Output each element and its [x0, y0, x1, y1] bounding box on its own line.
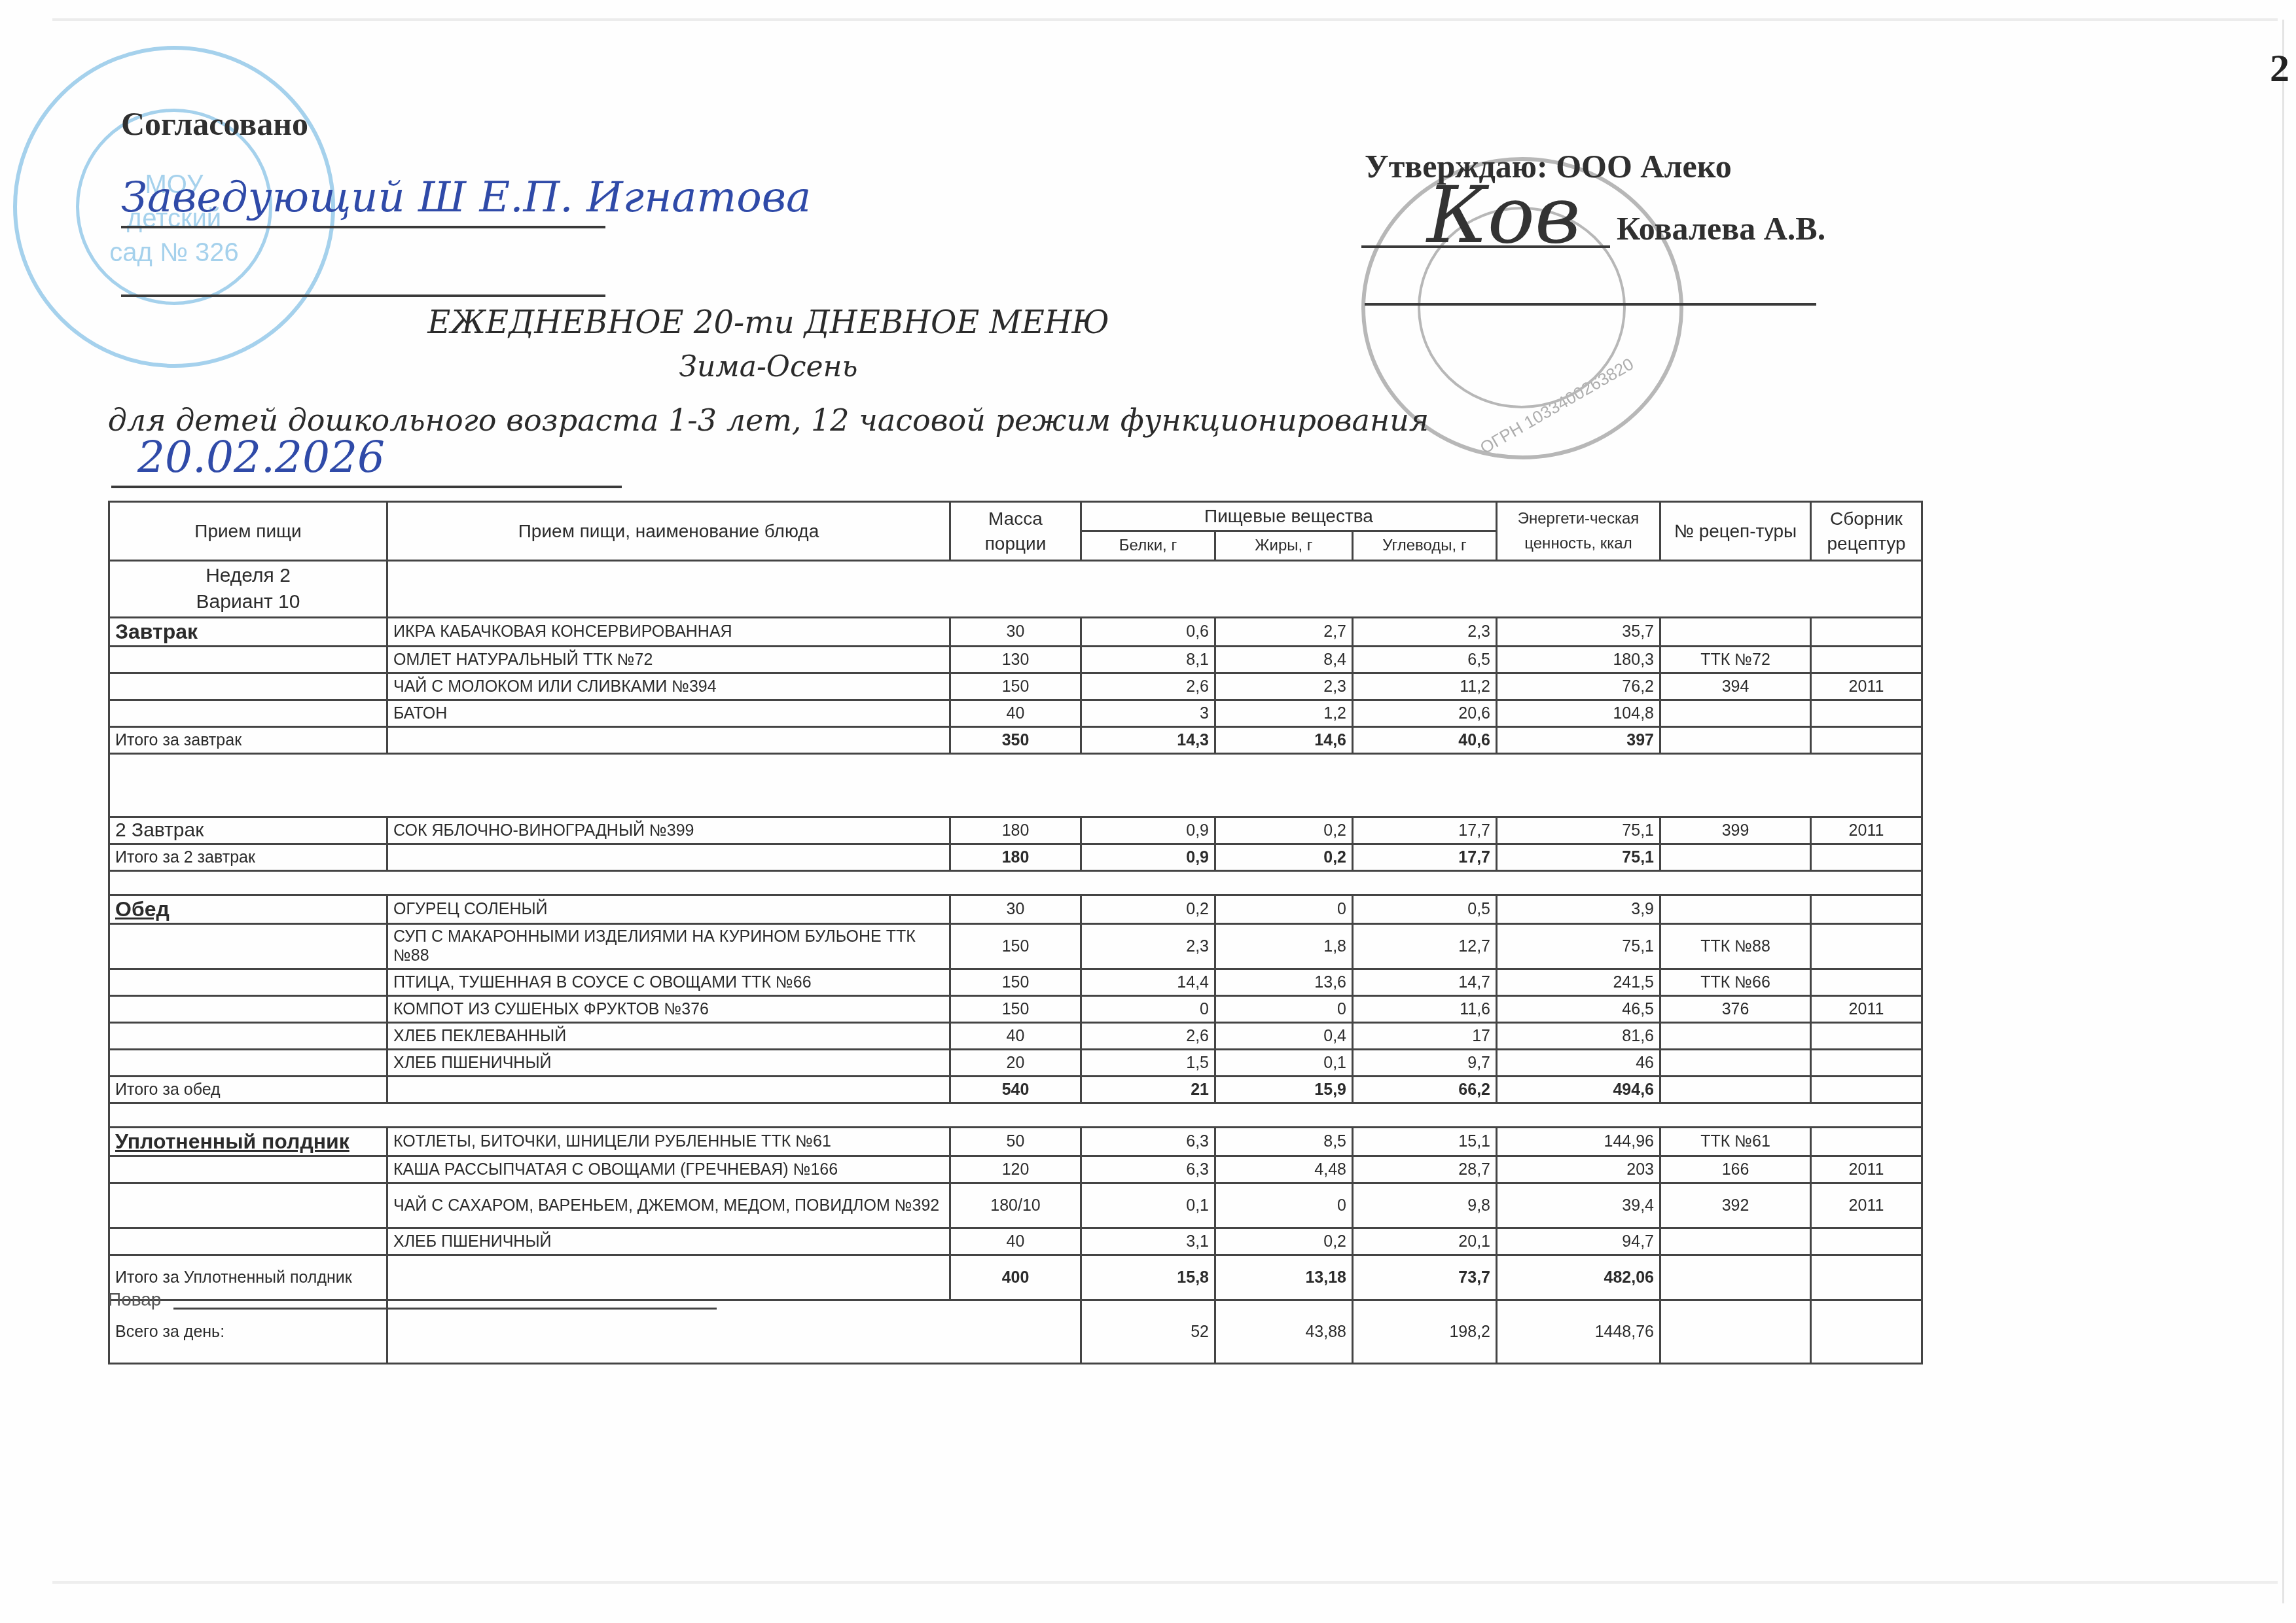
- dish-carbs: 20,6: [1353, 700, 1497, 727]
- meal-cell-empty: [109, 673, 387, 700]
- dish-mass: 180: [950, 817, 1081, 844]
- dish-protein: 8,1: [1081, 647, 1215, 673]
- spacer-row: [109, 1103, 1922, 1128]
- dish-recipe: 166: [1660, 1156, 1811, 1183]
- dish-fat: 0: [1215, 996, 1353, 1023]
- dish-energy: 104,8: [1497, 700, 1660, 727]
- header-meal: Прием пищи: [109, 502, 387, 561]
- dish-protein: 6,3: [1081, 1156, 1215, 1183]
- section-total-recipe-empty: [1660, 1255, 1811, 1300]
- day-total-row: Всего за день:5243,88198,21448,76: [109, 1300, 1922, 1364]
- day-total-carbs: 198,2: [1353, 1300, 1497, 1364]
- dish-energy: 3,9: [1497, 895, 1660, 924]
- section-total-collection-empty: [1811, 727, 1922, 754]
- scan-edge-bottom: [52, 1581, 2278, 1584]
- date-line: [111, 486, 622, 488]
- dish-recipe: ТТК №88: [1660, 924, 1811, 969]
- dish-collection: 2011: [1811, 1156, 1922, 1183]
- dish-carbs: 0,5: [1353, 895, 1497, 924]
- week-label: Неделя 2: [115, 563, 381, 589]
- dish-collection: 2011: [1811, 1183, 1922, 1228]
- dish-energy: 241,5: [1497, 969, 1660, 996]
- dish-recipe: [1660, 1023, 1811, 1050]
- dish-collection: [1811, 1023, 1922, 1050]
- section-total-label: Итого за обед: [109, 1077, 387, 1103]
- dish-energy: 75,1: [1497, 817, 1660, 844]
- section-total-protein: 0,9: [1081, 844, 1215, 871]
- dish-protein: 3: [1081, 700, 1215, 727]
- dish-energy: 94,7: [1497, 1228, 1660, 1255]
- dish-name: ЧАЙ С МОЛОКОМ ИЛИ СЛИВКАМИ №394: [387, 673, 950, 700]
- approve-name: Ковалева А.В.: [1617, 209, 1825, 247]
- dish-fat: 1,2: [1215, 700, 1353, 727]
- dish-protein: 3,1: [1081, 1228, 1215, 1255]
- dish-carbs: 28,7: [1353, 1156, 1497, 1183]
- header-recipe: № рецеп-туры: [1660, 502, 1811, 561]
- section-total-energy: 75,1: [1497, 844, 1660, 871]
- variant-label: Вариант 10: [115, 589, 381, 615]
- dish-fat: 8,5: [1215, 1128, 1353, 1156]
- dish-carbs: 11,2: [1353, 673, 1497, 700]
- menu-table: Прием пищи Прием пищи, наименование блюд…: [108, 501, 1923, 1364]
- dish-fat: 0: [1215, 895, 1353, 924]
- dish-name: ОГУРЕЦ СОЛЕНЫЙ: [387, 895, 950, 924]
- dish-name: КАША РАССЫПЧАТАЯ С ОВОЩАМИ (ГРЕЧНЕВАЯ) №…: [387, 1156, 950, 1183]
- dish-carbs: 15,1: [1353, 1128, 1497, 1156]
- dish-carbs: 9,7: [1353, 1050, 1497, 1077]
- dish-name: КОТЛЕТЫ, БИТОЧКИ, ШНИЦЕЛИ РУБЛЕННЫЕ ТТК …: [387, 1128, 950, 1156]
- dish-recipe: [1660, 1228, 1811, 1255]
- dish-collection: [1811, 1228, 1922, 1255]
- dish-collection: [1811, 924, 1922, 969]
- dish-row: СУП С МАКАРОННЫМИ ИЗДЕЛИЯМИ НА КУРИНОМ Б…: [109, 924, 1922, 969]
- section-total-carbs: 73,7: [1353, 1255, 1497, 1300]
- meal-cell-empty: [109, 1183, 387, 1228]
- scan-edge-top: [52, 18, 2278, 21]
- dish-collection: 2011: [1811, 817, 1922, 844]
- section-total-label: Итого за 2 завтрак: [109, 844, 387, 871]
- section-total-mass: 400: [950, 1255, 1081, 1300]
- spacer-row: [109, 754, 1922, 817]
- section-total-carbs: 17,7: [1353, 844, 1497, 871]
- dish-name: ПТИЦА, ТУШЕННАЯ В СОУСЕ С ОВОЩАМИ ТТК №6…: [387, 969, 950, 996]
- dish-protein: 2,6: [1081, 1023, 1215, 1050]
- dish-recipe: [1660, 700, 1811, 727]
- meal-cell-empty: [109, 1023, 387, 1050]
- section-total-carbs: 40,6: [1353, 727, 1497, 754]
- dish-recipe: ТТК №72: [1660, 647, 1811, 673]
- dish-mass: 130: [950, 647, 1081, 673]
- header-collection: Сборник рецептур: [1811, 502, 1922, 561]
- dish-row: 2 ЗавтракСОК ЯБЛОЧНО-ВИНОГРАДНЫЙ №399180…: [109, 817, 1922, 844]
- dish-carbs: 17,7: [1353, 817, 1497, 844]
- dish-row: ОбедОГУРЕЦ СОЛЕНЫЙ300,200,53,9: [109, 895, 1922, 924]
- section-total-row: Итого за 2 завтрак1800,90,217,775,1: [109, 844, 1922, 871]
- header-mass: Масса порции: [950, 502, 1081, 561]
- week-variant-row: Неделя 2 Вариант 10: [109, 561, 1922, 618]
- dish-mass: 40: [950, 1228, 1081, 1255]
- dish-carbs: 2,3: [1353, 618, 1497, 647]
- dish-row: ОМЛЕТ НАТУРАЛЬНЫЙ ТТК №721308,18,46,5180…: [109, 647, 1922, 673]
- dish-row: ПТИЦА, ТУШЕННАЯ В СОУСЕ С ОВОЩАМИ ТТК №6…: [109, 969, 1922, 996]
- dish-recipe: 399: [1660, 817, 1811, 844]
- dish-recipe: [1660, 895, 1811, 924]
- dish-carbs: 9,8: [1353, 1183, 1497, 1228]
- section-total-row: Итого за Уплотненный полдник40015,813,18…: [109, 1255, 1922, 1300]
- dish-fat: 0,4: [1215, 1023, 1353, 1050]
- dish-row: Уплотненный полдникКОТЛЕТЫ, БИТОЧКИ, ШНИ…: [109, 1128, 1922, 1156]
- meal-cell-empty: [109, 924, 387, 969]
- dish-collection: 2011: [1811, 673, 1922, 700]
- dish-mass: 120: [950, 1156, 1081, 1183]
- dish-fat: 4,48: [1215, 1156, 1353, 1183]
- header-dish: Прием пищи, наименование блюда: [387, 502, 950, 561]
- section-total-collection-empty: [1811, 1255, 1922, 1300]
- dish-recipe: ТТК №66: [1660, 969, 1811, 996]
- dish-row: КАША РАССЫПЧАТАЯ С ОВОЩАМИ (ГРЕЧНЕВАЯ) №…: [109, 1156, 1922, 1183]
- meal-cell-empty: [109, 647, 387, 673]
- section-total-energy: 397: [1497, 727, 1660, 754]
- dish-row: БАТОН4031,220,6104,8: [109, 700, 1922, 727]
- dish-collection: [1811, 700, 1922, 727]
- spacer-cell: [109, 871, 1922, 895]
- dish-energy: 75,1: [1497, 924, 1660, 969]
- section-total-spacer: [387, 1255, 950, 1300]
- dish-carbs: 20,1: [1353, 1228, 1497, 1255]
- corner-mark: 2: [2270, 46, 2289, 91]
- section-total-spacer: [387, 844, 950, 871]
- dish-recipe: 392: [1660, 1183, 1811, 1228]
- section-total-row: Итого за обед5402115,966,2494,6: [109, 1077, 1922, 1103]
- section-total-fat: 13,18: [1215, 1255, 1353, 1300]
- dish-energy: 46: [1497, 1050, 1660, 1077]
- dish-energy: 35,7: [1497, 618, 1660, 647]
- dish-fat: 13,6: [1215, 969, 1353, 996]
- dish-protein: 0,9: [1081, 817, 1215, 844]
- dish-collection: [1811, 895, 1922, 924]
- spacer-row: [109, 871, 1922, 895]
- dish-protein: 6,3: [1081, 1128, 1215, 1156]
- dish-energy: 203: [1497, 1156, 1660, 1183]
- agreed-signature: Заведующий Ш Е.П. Игнатова: [121, 173, 811, 222]
- dish-carbs: 6,5: [1353, 647, 1497, 673]
- dish-fat: 0,2: [1215, 1228, 1353, 1255]
- section-total-fat: 14,6: [1215, 727, 1353, 754]
- meal-cell-empty: [109, 700, 387, 727]
- agreed-blank-line: [121, 294, 605, 297]
- week-variant-cell: Неделя 2 Вариант 10: [109, 561, 387, 618]
- meal-name: Обед: [109, 895, 387, 924]
- dish-protein: 0,1: [1081, 1183, 1215, 1228]
- meal-name: Уплотненный полдник: [109, 1128, 387, 1156]
- dish-name: ОМЛЕТ НАТУРАЛЬНЫЙ ТТК №72: [387, 647, 950, 673]
- dish-fat: 2,3: [1215, 673, 1353, 700]
- section-total-protein: 21: [1081, 1077, 1215, 1103]
- dish-fat: 8,4: [1215, 647, 1353, 673]
- dish-recipe: ТТК №61: [1660, 1128, 1811, 1156]
- document-title: ЕЖЕДНЕВНОЕ 20-ти ДНЕВНОЕ МЕНЮ: [0, 304, 1916, 341]
- dish-energy: 46,5: [1497, 996, 1660, 1023]
- section-total-spacer: [387, 1077, 950, 1103]
- dish-recipe: [1660, 618, 1811, 647]
- meal-name: 2 Завтрак: [109, 817, 387, 844]
- meal-cell-empty: [109, 969, 387, 996]
- meal-cell-empty: [109, 1050, 387, 1077]
- dish-energy: 81,6: [1497, 1023, 1660, 1050]
- header-carbs: Углеводы, г: [1353, 531, 1497, 561]
- day-total-spacer: [387, 1300, 1081, 1364]
- dish-protein: 14,4: [1081, 969, 1215, 996]
- spacer-cell: [109, 754, 1922, 817]
- approve-signature-line: [1361, 245, 1610, 248]
- dish-carbs: 11,6: [1353, 996, 1497, 1023]
- dish-protein: 0,6: [1081, 618, 1215, 647]
- dish-name: ХЛЕБ ПЕКЛЕВАННЫЙ: [387, 1023, 950, 1050]
- dish-name: СОК ЯБЛОЧНО-ВИНОГРАДНЫЙ №399: [387, 817, 950, 844]
- meal-cell-empty: [109, 1228, 387, 1255]
- dish-name: ИКРА КАБАЧКОВАЯ КОНСЕРВИРОВАННАЯ: [387, 618, 950, 647]
- section-total-energy: 482,06: [1497, 1255, 1660, 1300]
- dish-recipe: [1660, 1050, 1811, 1077]
- dish-fat: 1,8: [1215, 924, 1353, 969]
- meal-cell-empty: [109, 1156, 387, 1183]
- dish-row: ЧАЙ С САХАРОМ, ВАРЕНЬЕМ, ДЖЕМОМ, МЕДОМ, …: [109, 1183, 1922, 1228]
- section-total-protein: 14,3: [1081, 727, 1215, 754]
- dish-name: ХЛЕБ ПШЕНИЧНЫЙ: [387, 1228, 950, 1255]
- dish-name: БАТОН: [387, 700, 950, 727]
- dish-mass: 40: [950, 1023, 1081, 1050]
- dish-energy: 39,4: [1497, 1183, 1660, 1228]
- section-total-recipe-empty: [1660, 1077, 1811, 1103]
- dish-row: ЗавтракИКРА КАБАЧКОВАЯ КОНСЕРВИРОВАННАЯ3…: [109, 618, 1922, 647]
- dish-fat: 0,1: [1215, 1050, 1353, 1077]
- meal-cell-empty: [109, 996, 387, 1023]
- dish-protein: 0: [1081, 996, 1215, 1023]
- dish-mass: 150: [950, 673, 1081, 700]
- dish-name: ЧАЙ С САХАРОМ, ВАРЕНЬЕМ, ДЖЕМОМ, МЕДОМ, …: [387, 1183, 950, 1228]
- dish-mass: 30: [950, 895, 1081, 924]
- section-total-protein: 15,8: [1081, 1255, 1215, 1300]
- dish-energy: 76,2: [1497, 673, 1660, 700]
- week-variant-spacer: [387, 561, 1922, 618]
- dish-collection: [1811, 969, 1922, 996]
- section-total-recipe-empty: [1660, 844, 1811, 871]
- header-nutrients: Пищевые вещества: [1081, 502, 1497, 531]
- dish-mass: 150: [950, 969, 1081, 996]
- dish-collection: 2011: [1811, 996, 1922, 1023]
- menu-date: 20.02.2026: [137, 432, 385, 482]
- dish-row: ХЛЕБ ПЕКЛЕВАННЫЙ402,60,41781,6: [109, 1023, 1922, 1050]
- section-total-fat: 0,2: [1215, 844, 1353, 871]
- section-total-mass: 350: [950, 727, 1081, 754]
- day-total-fat: 43,88: [1215, 1300, 1353, 1364]
- season-subtitle: Зима-Осень: [0, 350, 1916, 383]
- dish-protein: 0,2: [1081, 895, 1215, 924]
- spacer-cell: [109, 1103, 1922, 1128]
- dish-mass: 180/10: [950, 1183, 1081, 1228]
- dish-collection: [1811, 1128, 1922, 1156]
- section-total-carbs: 66,2: [1353, 1077, 1497, 1103]
- dish-mass: 150: [950, 924, 1081, 969]
- dish-fat: 0,2: [1215, 817, 1353, 844]
- header-fat: Жиры, г: [1215, 531, 1353, 561]
- dish-carbs: 12,7: [1353, 924, 1497, 969]
- menu-table-body: Неделя 2 Вариант 10 ЗавтракИКРА КАБАЧКОВ…: [109, 561, 1922, 1364]
- dish-collection: [1811, 1050, 1922, 1077]
- section-total-mass: 540: [950, 1077, 1081, 1103]
- header-energy: Энергети-ческая ценность, ккал: [1497, 502, 1660, 561]
- cook-label: Повар: [108, 1289, 161, 1310]
- section-total-label: Итого за завтрак: [109, 727, 387, 754]
- dish-collection: [1811, 647, 1922, 673]
- dish-protein: 1,5: [1081, 1050, 1215, 1077]
- dish-name: КОМПОТ ИЗ СУШЕНЫХ ФРУКТОВ №376: [387, 996, 950, 1023]
- dish-row: ЧАЙ С МОЛОКОМ ИЛИ СЛИВКАМИ №3941502,62,3…: [109, 673, 1922, 700]
- dish-mass: 30: [950, 618, 1081, 647]
- section-total-collection-empty: [1811, 844, 1922, 871]
- day-total-protein: 52: [1081, 1300, 1215, 1364]
- dish-mass: 150: [950, 996, 1081, 1023]
- cook-signature-line: [173, 1308, 717, 1310]
- section-total-mass: 180: [950, 844, 1081, 871]
- agreed-signature-line: [121, 226, 605, 228]
- dish-protein: 2,3: [1081, 924, 1215, 969]
- dish-name: ХЛЕБ ПШЕНИЧНЫЙ: [387, 1050, 950, 1077]
- dish-mass: 50: [950, 1128, 1081, 1156]
- dish-carbs: 17: [1353, 1023, 1497, 1050]
- dish-recipe: 394: [1660, 673, 1811, 700]
- dish-fat: 2,7: [1215, 618, 1353, 647]
- section-total-energy: 494,6: [1497, 1077, 1660, 1103]
- dish-row: ХЛЕБ ПШЕНИЧНЫЙ403,10,220,194,7: [109, 1228, 1922, 1255]
- header-protein: Белки, г: [1081, 531, 1215, 561]
- agreed-block: Согласовано: [121, 105, 308, 143]
- day-total-recipe-empty: [1660, 1300, 1811, 1364]
- dish-energy: 144,96: [1497, 1128, 1660, 1156]
- dish-mass: 40: [950, 700, 1081, 727]
- section-total-collection-empty: [1811, 1077, 1922, 1103]
- section-total-row: Итого за завтрак35014,314,640,6397: [109, 727, 1922, 754]
- section-total-spacer: [387, 727, 950, 754]
- day-total-energy: 1448,76: [1497, 1300, 1660, 1364]
- dish-collection: [1811, 618, 1922, 647]
- dish-recipe: 376: [1660, 996, 1811, 1023]
- dish-energy: 180,3: [1497, 647, 1660, 673]
- dish-mass: 20: [950, 1050, 1081, 1077]
- dish-fat: 0: [1215, 1183, 1353, 1228]
- dish-row: ХЛЕБ ПШЕНИЧНЫЙ201,50,19,746: [109, 1050, 1922, 1077]
- section-total-recipe-empty: [1660, 727, 1811, 754]
- meal-name: Завтрак: [109, 618, 387, 647]
- section-total-fat: 15,9: [1215, 1077, 1353, 1103]
- dish-carbs: 14,7: [1353, 969, 1497, 996]
- dish-name: СУП С МАКАРОННЫМИ ИЗДЕЛИЯМИ НА КУРИНОМ Б…: [387, 924, 950, 969]
- dish-row: КОМПОТ ИЗ СУШЕНЫХ ФРУКТОВ №3761500011,64…: [109, 996, 1922, 1023]
- day-total-collection-empty: [1811, 1300, 1922, 1364]
- scan-edge-right: [2282, 20, 2284, 1603]
- agreed-title: Согласовано: [121, 105, 308, 143]
- dish-protein: 2,6: [1081, 673, 1215, 700]
